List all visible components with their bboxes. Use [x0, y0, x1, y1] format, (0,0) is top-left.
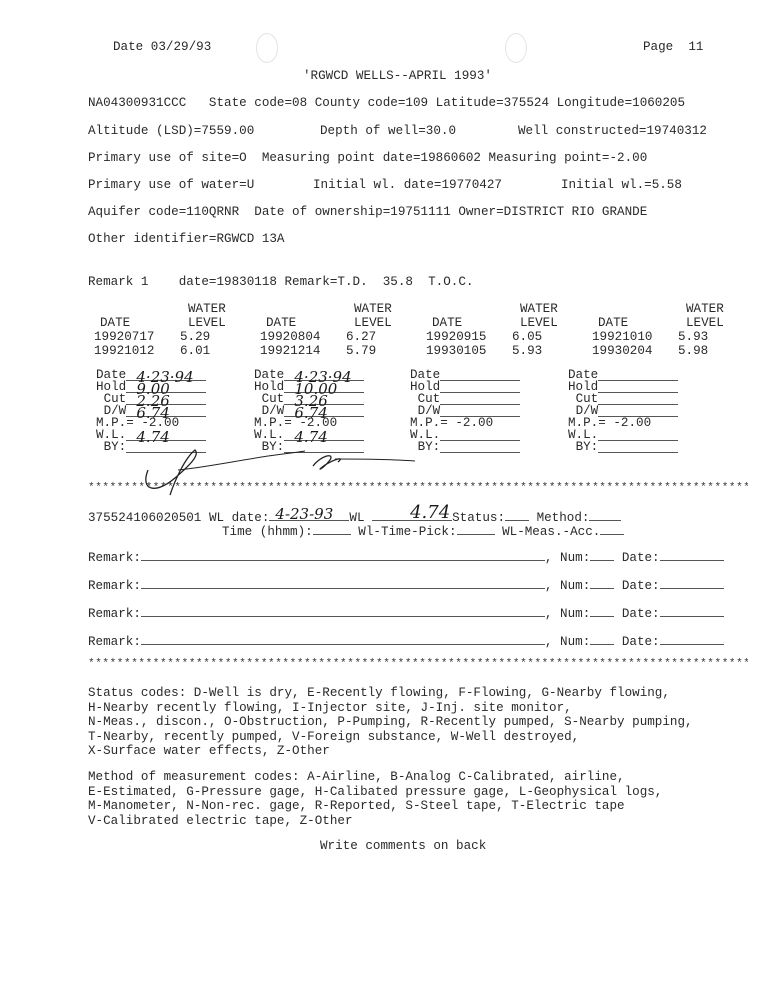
num-field[interactable] — [590, 549, 614, 561]
entry-line-2: Time (hhmm): Wl-Time-Pick: WL-Meas.-Acc. — [222, 523, 624, 539]
wl-date-field[interactable]: 4-23-93 — [269, 509, 349, 521]
num-field[interactable] — [590, 633, 614, 645]
date-label: Date: — [622, 607, 660, 621]
remark-field[interactable] — [141, 577, 545, 589]
status-code-line: X-Surface water effects, Z-Other — [88, 744, 693, 759]
num-label: , Num: — [545, 607, 590, 621]
status-code-line: N-Meas., discon., O-Obstruction, P-Pumpi… — [88, 715, 693, 730]
wl-time-pick-label: Wl-Time-Pick: — [358, 525, 456, 539]
remark-field[interactable] — [141, 605, 545, 617]
wl-value: 4.74 — [410, 502, 450, 523]
num-label: , Num: — [545, 579, 590, 593]
time-label: Time (hhmm): — [222, 525, 313, 539]
status-codes: Status codes: D-Well is dry, E-Recently … — [88, 686, 693, 759]
footer-note: Write comments on back — [320, 839, 486, 853]
status-field[interactable] — [505, 509, 529, 521]
method-code-line: M-Manometer, N-Non-rec. gage, R-Reported… — [88, 799, 662, 814]
date-label: Date: — [622, 635, 660, 649]
wl-meas-acc-label: WL-Meas.-Acc. — [502, 525, 600, 539]
remark-label: Remark: — [88, 635, 141, 649]
date-label: Date: — [622, 579, 660, 593]
date-field[interactable] — [660, 577, 724, 589]
remark-label: Remark: — [88, 579, 141, 593]
remark-row: Remark:, Num: Date: — [88, 633, 724, 649]
remark-field[interactable] — [141, 549, 545, 561]
date-label: Date: — [622, 551, 660, 565]
wl-date-value: 4-23-93 — [275, 505, 333, 523]
method-codes: Method of measurement codes: A-Airline, … — [88, 770, 662, 828]
remark-field[interactable] — [141, 633, 545, 645]
time-field[interactable] — [313, 523, 351, 535]
status-code-line: H-Nearby recently flowing, I-Injector si… — [88, 701, 693, 716]
num-field[interactable] — [590, 577, 614, 589]
separator: ****************************************… — [88, 658, 748, 670]
wl-time-pick-field[interactable] — [457, 523, 495, 535]
num-field[interactable] — [590, 605, 614, 617]
separator: ****************************************… — [88, 482, 748, 494]
remark-row: Remark:, Num: Date: — [88, 549, 724, 565]
method-code-line: E-Estimated, G-Pressure gage, H-Calibate… — [88, 785, 662, 800]
date-field[interactable] — [660, 633, 724, 645]
num-label: , Num: — [545, 635, 590, 649]
remark-row: Remark:, Num: Date: — [88, 577, 724, 593]
method-code-line: Method of measurement codes: A-Airline, … — [88, 770, 662, 785]
status-code-line: Status codes: D-Well is dry, E-Recently … — [88, 686, 693, 701]
remark-row: Remark:, Num: Date: — [88, 605, 724, 621]
site-number: 375524106020501 — [88, 511, 201, 525]
method-field[interactable] — [589, 509, 621, 521]
wl-meas-acc-field[interactable] — [600, 523, 624, 535]
remark-label: Remark: — [88, 551, 141, 565]
status-code-line: T-Nearby, recently pumped, V-Foreign sub… — [88, 730, 693, 745]
date-field[interactable] — [660, 549, 724, 561]
num-label: , Num: — [545, 551, 590, 565]
wl-field[interactable]: 4.74 — [372, 509, 452, 521]
remark-label: Remark: — [88, 607, 141, 621]
method-code-line: V-Calibrated electric tape, Z-Other — [88, 814, 662, 829]
date-field[interactable] — [660, 605, 724, 617]
